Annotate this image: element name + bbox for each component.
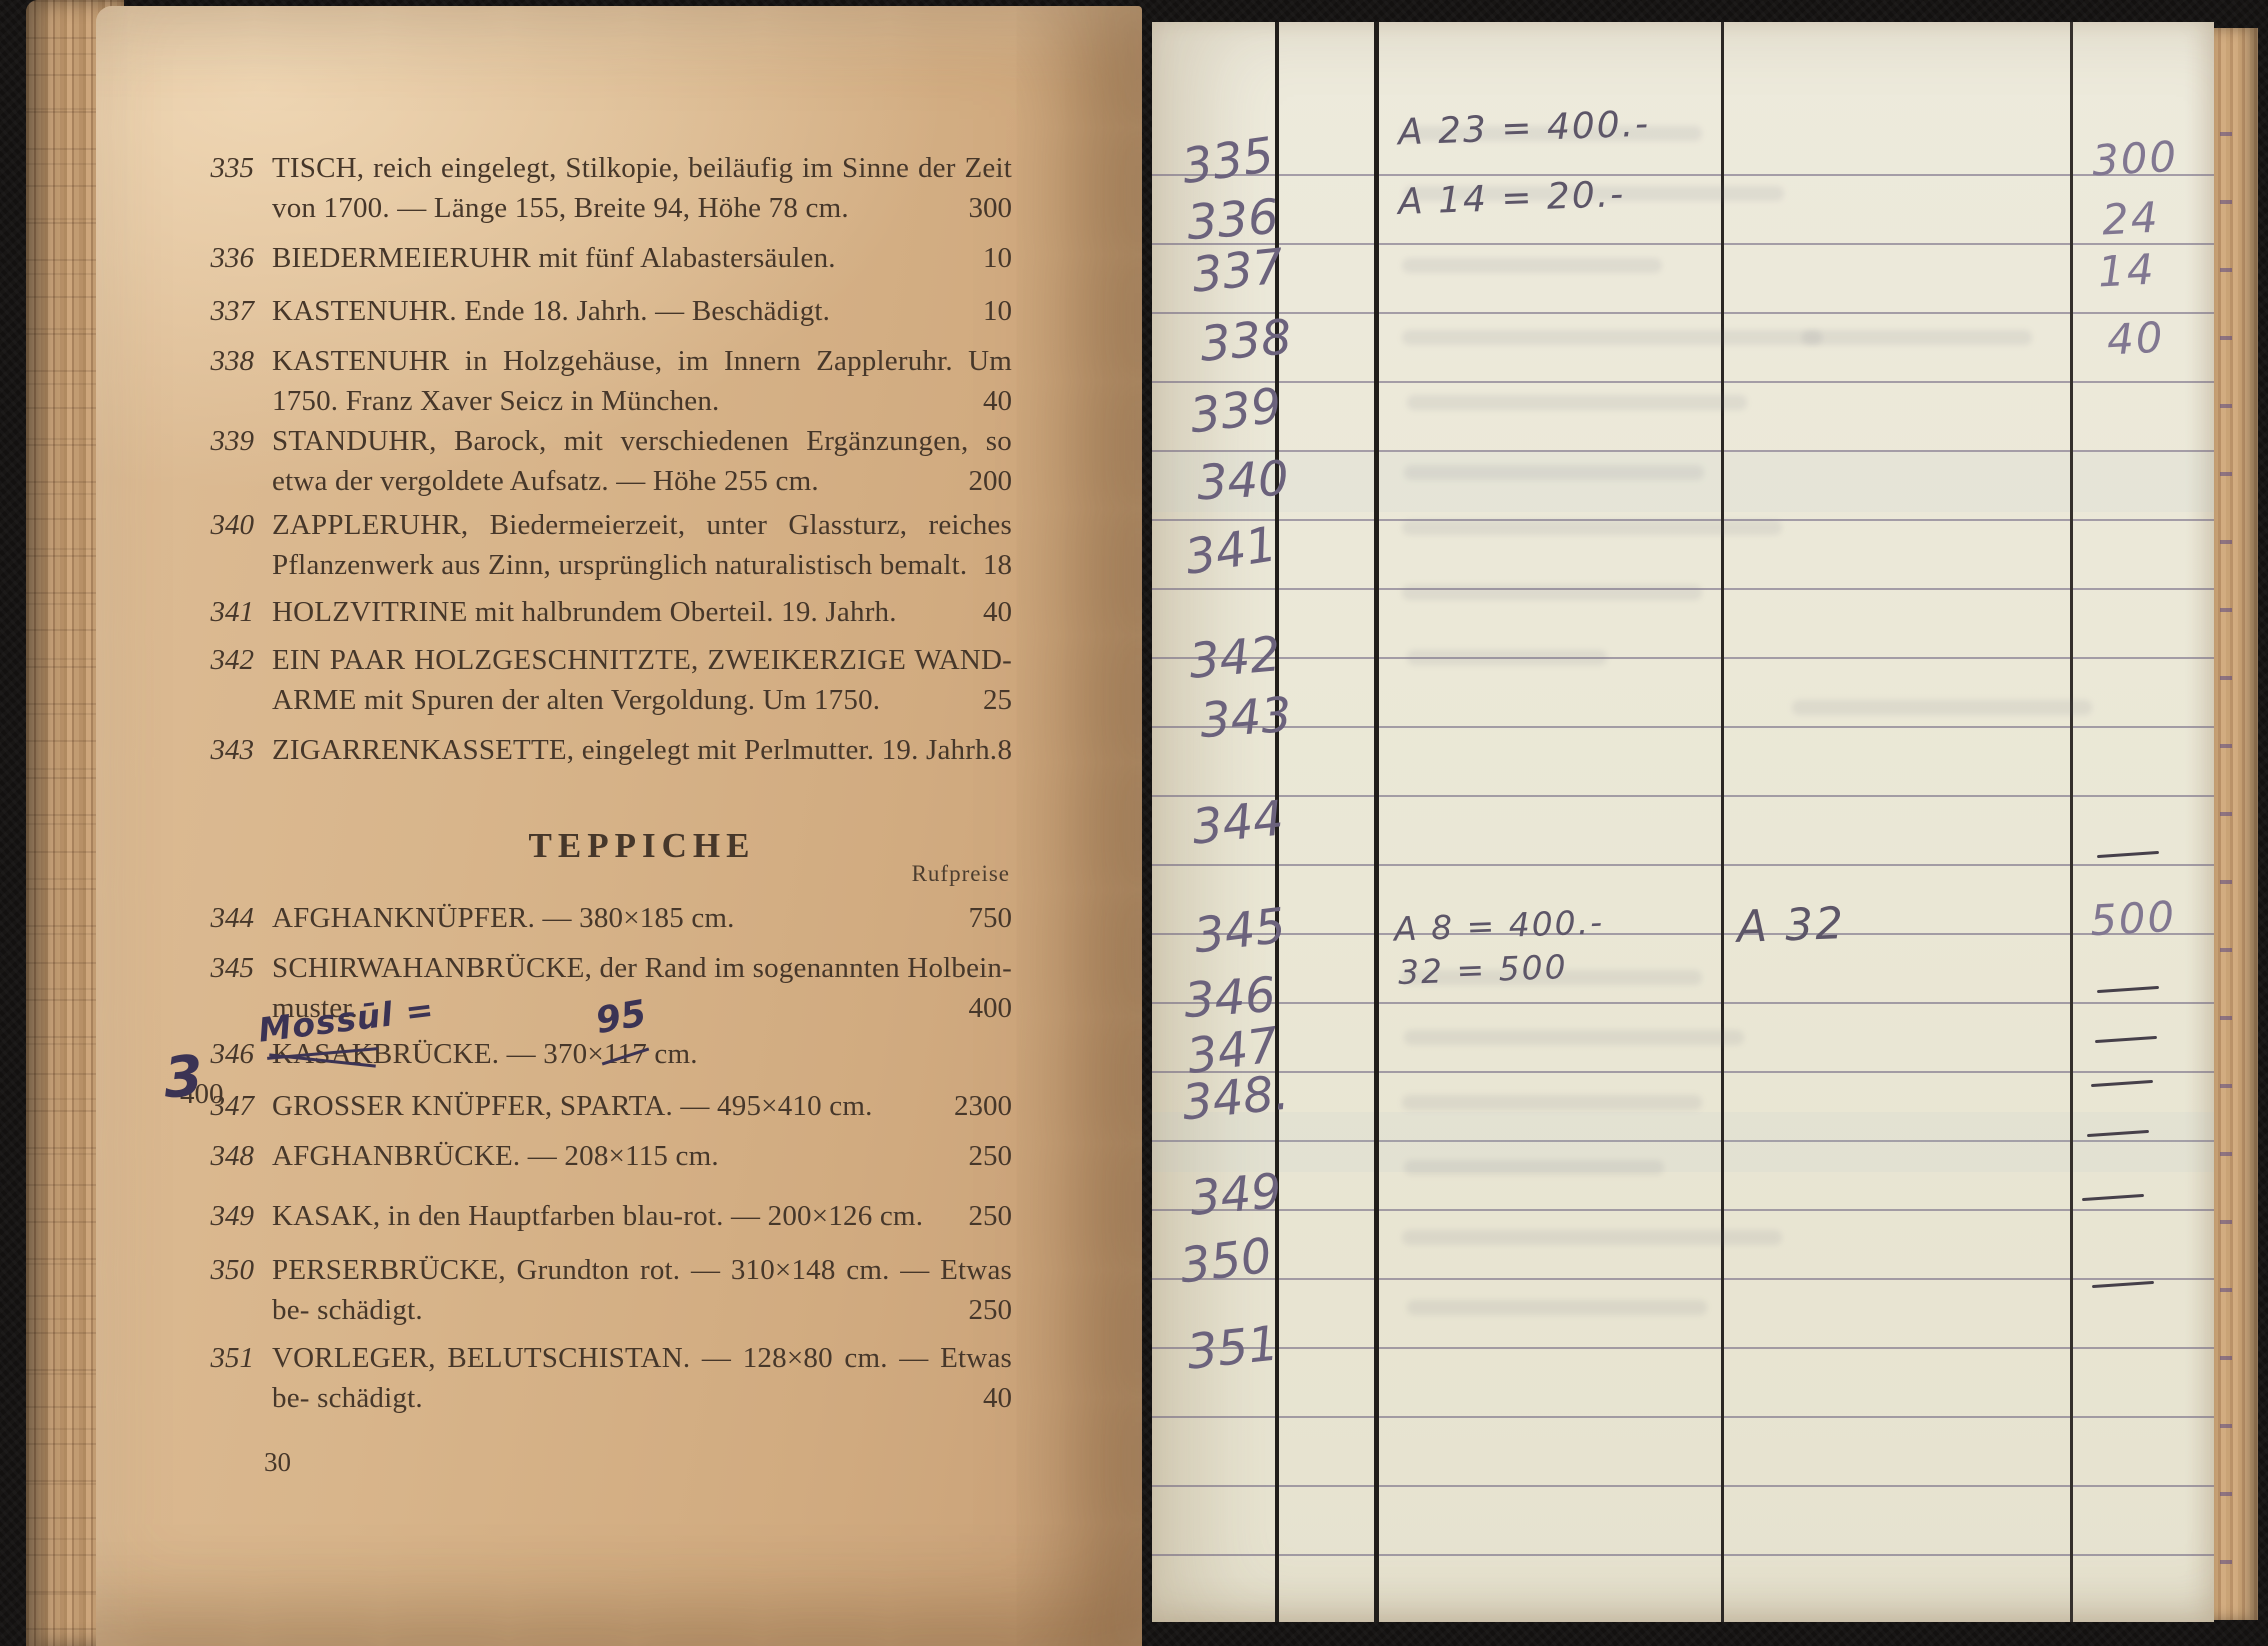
handwritten-lot-number: 342 xyxy=(1187,626,1283,690)
ledger-column-rule xyxy=(1374,22,1379,1622)
handwritten-lot-number: 344 xyxy=(1189,790,1286,855)
entry-text: AFGHANBRÜCKE. — 208×115 cm. xyxy=(272,1136,1012,1176)
entry-text: VORLEGER, BELUTSCHISTAN. — 128×80 cm. — … xyxy=(272,1338,1012,1418)
entry-price: 25 xyxy=(983,680,1012,720)
handwritten-result: 40 xyxy=(2106,313,2166,365)
bleed-through-smudge xyxy=(1402,330,1822,345)
handwritten-annotation: A 14 = 20.- xyxy=(1397,174,1625,223)
catalog-entry: 348 AFGHANBRÜCKE. — 208×115 cm. 250 xyxy=(180,1136,1012,1176)
bleed-through-smudge xyxy=(1402,1095,1702,1110)
entry-text: ZIGARRENKASSETTE, eingelegt mit Perlmutt… xyxy=(272,730,1012,770)
ledger-column-rule xyxy=(2070,22,2073,1622)
bleed-through-smudge xyxy=(1402,1230,1782,1245)
page-number: 30 xyxy=(264,1442,291,1482)
catalog-entry: 337 KASTENUHR. Ende 18. Jahrh. — Beschäd… xyxy=(180,291,1012,331)
lot-number: 335 xyxy=(180,148,254,188)
lot-number: 343 xyxy=(180,730,254,770)
entry-text: HOLZVITRINE mit halbrundem Oberteil. 19.… xyxy=(272,592,1012,632)
scan-tint-band xyxy=(1152,1112,2214,1172)
entry-text: Mossūl = KASAKBRÜCKE. — 370×11795 cm. xyxy=(272,1034,1012,1074)
entry-price: 750 xyxy=(969,898,1013,938)
entry-text: TISCH, reich eingelegt, Stilkopie, beilä… xyxy=(272,148,1012,228)
entry-price: 40 xyxy=(983,381,1012,421)
entry-text: GROSSER KNÜPFER, SPARTA. — 495×410 cm. xyxy=(272,1086,1012,1126)
lot-number: 342 xyxy=(180,640,254,680)
lot-number: 344 xyxy=(180,898,254,938)
lot-number: 347 xyxy=(180,1086,254,1126)
entry-price: 40 xyxy=(983,1378,1012,1418)
catalog-entry: 351 VORLEGER, BELUTSCHISTAN. — 128×80 cm… xyxy=(180,1338,1012,1418)
entry-price: 18 xyxy=(983,545,1012,585)
bleed-through-smudge xyxy=(1802,330,2032,345)
catalog-entry: 340 ZAPPLERUHR, Biedermeierzeit, unter G… xyxy=(180,505,1012,585)
bleed-through-smudge xyxy=(1402,520,1782,535)
lot-number: 350 xyxy=(180,1250,254,1290)
ledger-page: 335 336 337 338 339 340 341 342 343 344 … xyxy=(1152,22,2214,1622)
handwritten-lot-number: 338 xyxy=(1198,309,1294,373)
catalog-entry: 339 STANDUHR, Barock, mit verschiedenen … xyxy=(180,421,1012,501)
lot-number: 349 xyxy=(180,1196,254,1236)
entry-text: BIEDERMEIERUHR mit fünf Alabastersäulen. xyxy=(272,238,1012,278)
scanned-book-spread: 335 TISCH, reich eingelegt, Stilkopie, b… xyxy=(0,0,2268,1646)
entry-price: 200 xyxy=(969,461,1013,501)
catalog-page: 335 TISCH, reich eingelegt, Stilkopie, b… xyxy=(96,6,1142,1646)
handwritten-result: 14 xyxy=(2097,245,2157,297)
handwritten-result: 24 xyxy=(2101,193,2161,245)
entry-price: 400 xyxy=(969,988,1013,1028)
lot-number: 348 xyxy=(180,1136,254,1176)
catalog-entry: 344 AFGHANKNÜPFER. — 380×185 cm. 750 xyxy=(180,898,1012,938)
catalog-entry: 343 ZIGARRENKASSETTE, eingelegt mit Perl… xyxy=(180,730,1012,770)
handwritten-result: 300 xyxy=(2091,132,2180,185)
lot-number: 341 xyxy=(180,592,254,632)
struck-word-wrap: Mossūl = KASAK xyxy=(272,1034,373,1074)
catalog-entry: 338 KASTENUHR in Holzgehäuse, im Innern … xyxy=(180,341,1012,421)
handwritten-lot-number: 345 xyxy=(1191,898,1289,965)
catalog-entry: 336 BIEDERMEIERUHR mit fünf Alabastersäu… xyxy=(180,238,1012,278)
struck-dimension-wrap: 11795 xyxy=(604,1034,647,1074)
handwritten-lot-number: 337 xyxy=(1189,238,1286,303)
handwritten-lot-number: 348. xyxy=(1179,1065,1291,1132)
handwritten-lot-number: 351 xyxy=(1184,1315,1281,1380)
handwritten-annotation: A 8 = 400.- xyxy=(1393,902,1604,948)
entry-text: KASAK, in den Hauptfarben blau-rot. — 20… xyxy=(272,1196,1012,1236)
entry-price: 300 xyxy=(969,188,1013,228)
lot-number: 340 xyxy=(180,505,254,545)
handwritten-lot-number: 350 xyxy=(1177,1228,1275,1295)
lot-number: 339 xyxy=(180,421,254,461)
handwritten-result: 500 xyxy=(2089,892,2178,945)
lot-number: 337 xyxy=(180,291,254,331)
entry-text: EIN PAAR HOLZGESCHNITZTE, ZWEIKERZIGE WA… xyxy=(272,640,1012,720)
lot-number: 351 xyxy=(180,1338,254,1378)
entry-price: 10 xyxy=(983,291,1012,331)
bleed-through-smudge xyxy=(1402,585,1702,600)
handwritten-annotation: A 32 xyxy=(1736,898,1846,953)
catalog-entry: 335 TISCH, reich eingelegt, Stilkopie, b… xyxy=(180,148,1012,228)
bleed-through-smudge xyxy=(1404,465,1704,480)
entry-text: ZAPPLERUHR, Biedermeierzeit, unter Glass… xyxy=(272,505,1012,585)
entry-price: 2300 xyxy=(954,1086,1012,1126)
entry-text: AFGHANKNÜPFER. — 380×185 cm. xyxy=(272,898,1012,938)
handwritten-annotation: 32 = 500 xyxy=(1397,947,1568,992)
lot-number: 338 xyxy=(180,341,254,381)
entry-price: 250 xyxy=(969,1136,1013,1176)
bleed-through-smudge xyxy=(1404,1030,1744,1045)
bleed-through-smudge xyxy=(1407,650,1607,665)
catalog-entry: 349 KASAK, in den Hauptfarben blau-rot. … xyxy=(180,1196,1012,1236)
entry-text: STANDUHR, Barock, mit verschiedenen Ergä… xyxy=(272,421,1012,501)
section-heading: TEPPICHE xyxy=(272,826,1012,866)
struck-out-word: KASAK xyxy=(272,1034,373,1074)
entry-price: 250 xyxy=(969,1196,1013,1236)
entry-text: KASTENUHR in Holzgehäuse, im Innern Zapp… xyxy=(272,341,1012,421)
bleed-through-smudge xyxy=(1402,258,1662,273)
page-edge-rule-ticks xyxy=(2220,68,2232,1600)
handwritten-lot-number: 340 xyxy=(1196,451,1290,512)
handwritten-annotation: A 23 = 400.- xyxy=(1397,104,1650,154)
ledger-column-rule xyxy=(1721,22,1724,1622)
handwritten-lot-number: 339 xyxy=(1187,378,1285,445)
lot-number: 345 xyxy=(180,948,254,988)
price-column-label: Rufpreise xyxy=(912,854,1010,894)
handwritten-lot-number: 349 xyxy=(1188,1163,1284,1227)
catalog-entry: 347 GROSSER KNÜPFER, SPARTA. — 495×410 c… xyxy=(180,1086,1012,1126)
entry-price: 40 xyxy=(983,592,1012,632)
entry-text: KASTENUHR. Ende 18. Jahrh. — Beschädigt. xyxy=(272,291,1012,331)
catalog-entry: 341 HOLZVITRINE mit halbrundem Oberteil.… xyxy=(180,592,1012,632)
entry-price: 10 xyxy=(983,238,1012,278)
entry-text-end: cm. xyxy=(647,1038,698,1070)
scan-tint-band xyxy=(1152,452,2214,512)
bleed-through-smudge xyxy=(1407,395,1747,410)
bleed-through-smudge xyxy=(1792,700,2092,715)
catalog-entry: 350 PERSERBRÜCKE, Grundton rot. — 310×14… xyxy=(180,1250,1012,1330)
entry-text-mid: BRÜCKE. — 370× xyxy=(373,1038,604,1070)
entry-price: 250 xyxy=(969,1290,1013,1330)
handwritten-lot-number: 343 xyxy=(1198,687,1293,749)
bleed-through-smudge xyxy=(1404,1160,1664,1175)
entry-text: PERSERBRÜCKE, Grundton rot. — 310×148 cm… xyxy=(272,1250,1012,1330)
right-page-edge-stack xyxy=(2214,28,2258,1620)
bleed-through-smudge xyxy=(1407,1300,1707,1315)
entry-price: 8 xyxy=(998,730,1013,770)
catalog-entry: 342 EIN PAAR HOLZGESCHNITZTE, ZWEIKERZIG… xyxy=(180,640,1012,720)
lot-number: 336 xyxy=(180,238,254,278)
